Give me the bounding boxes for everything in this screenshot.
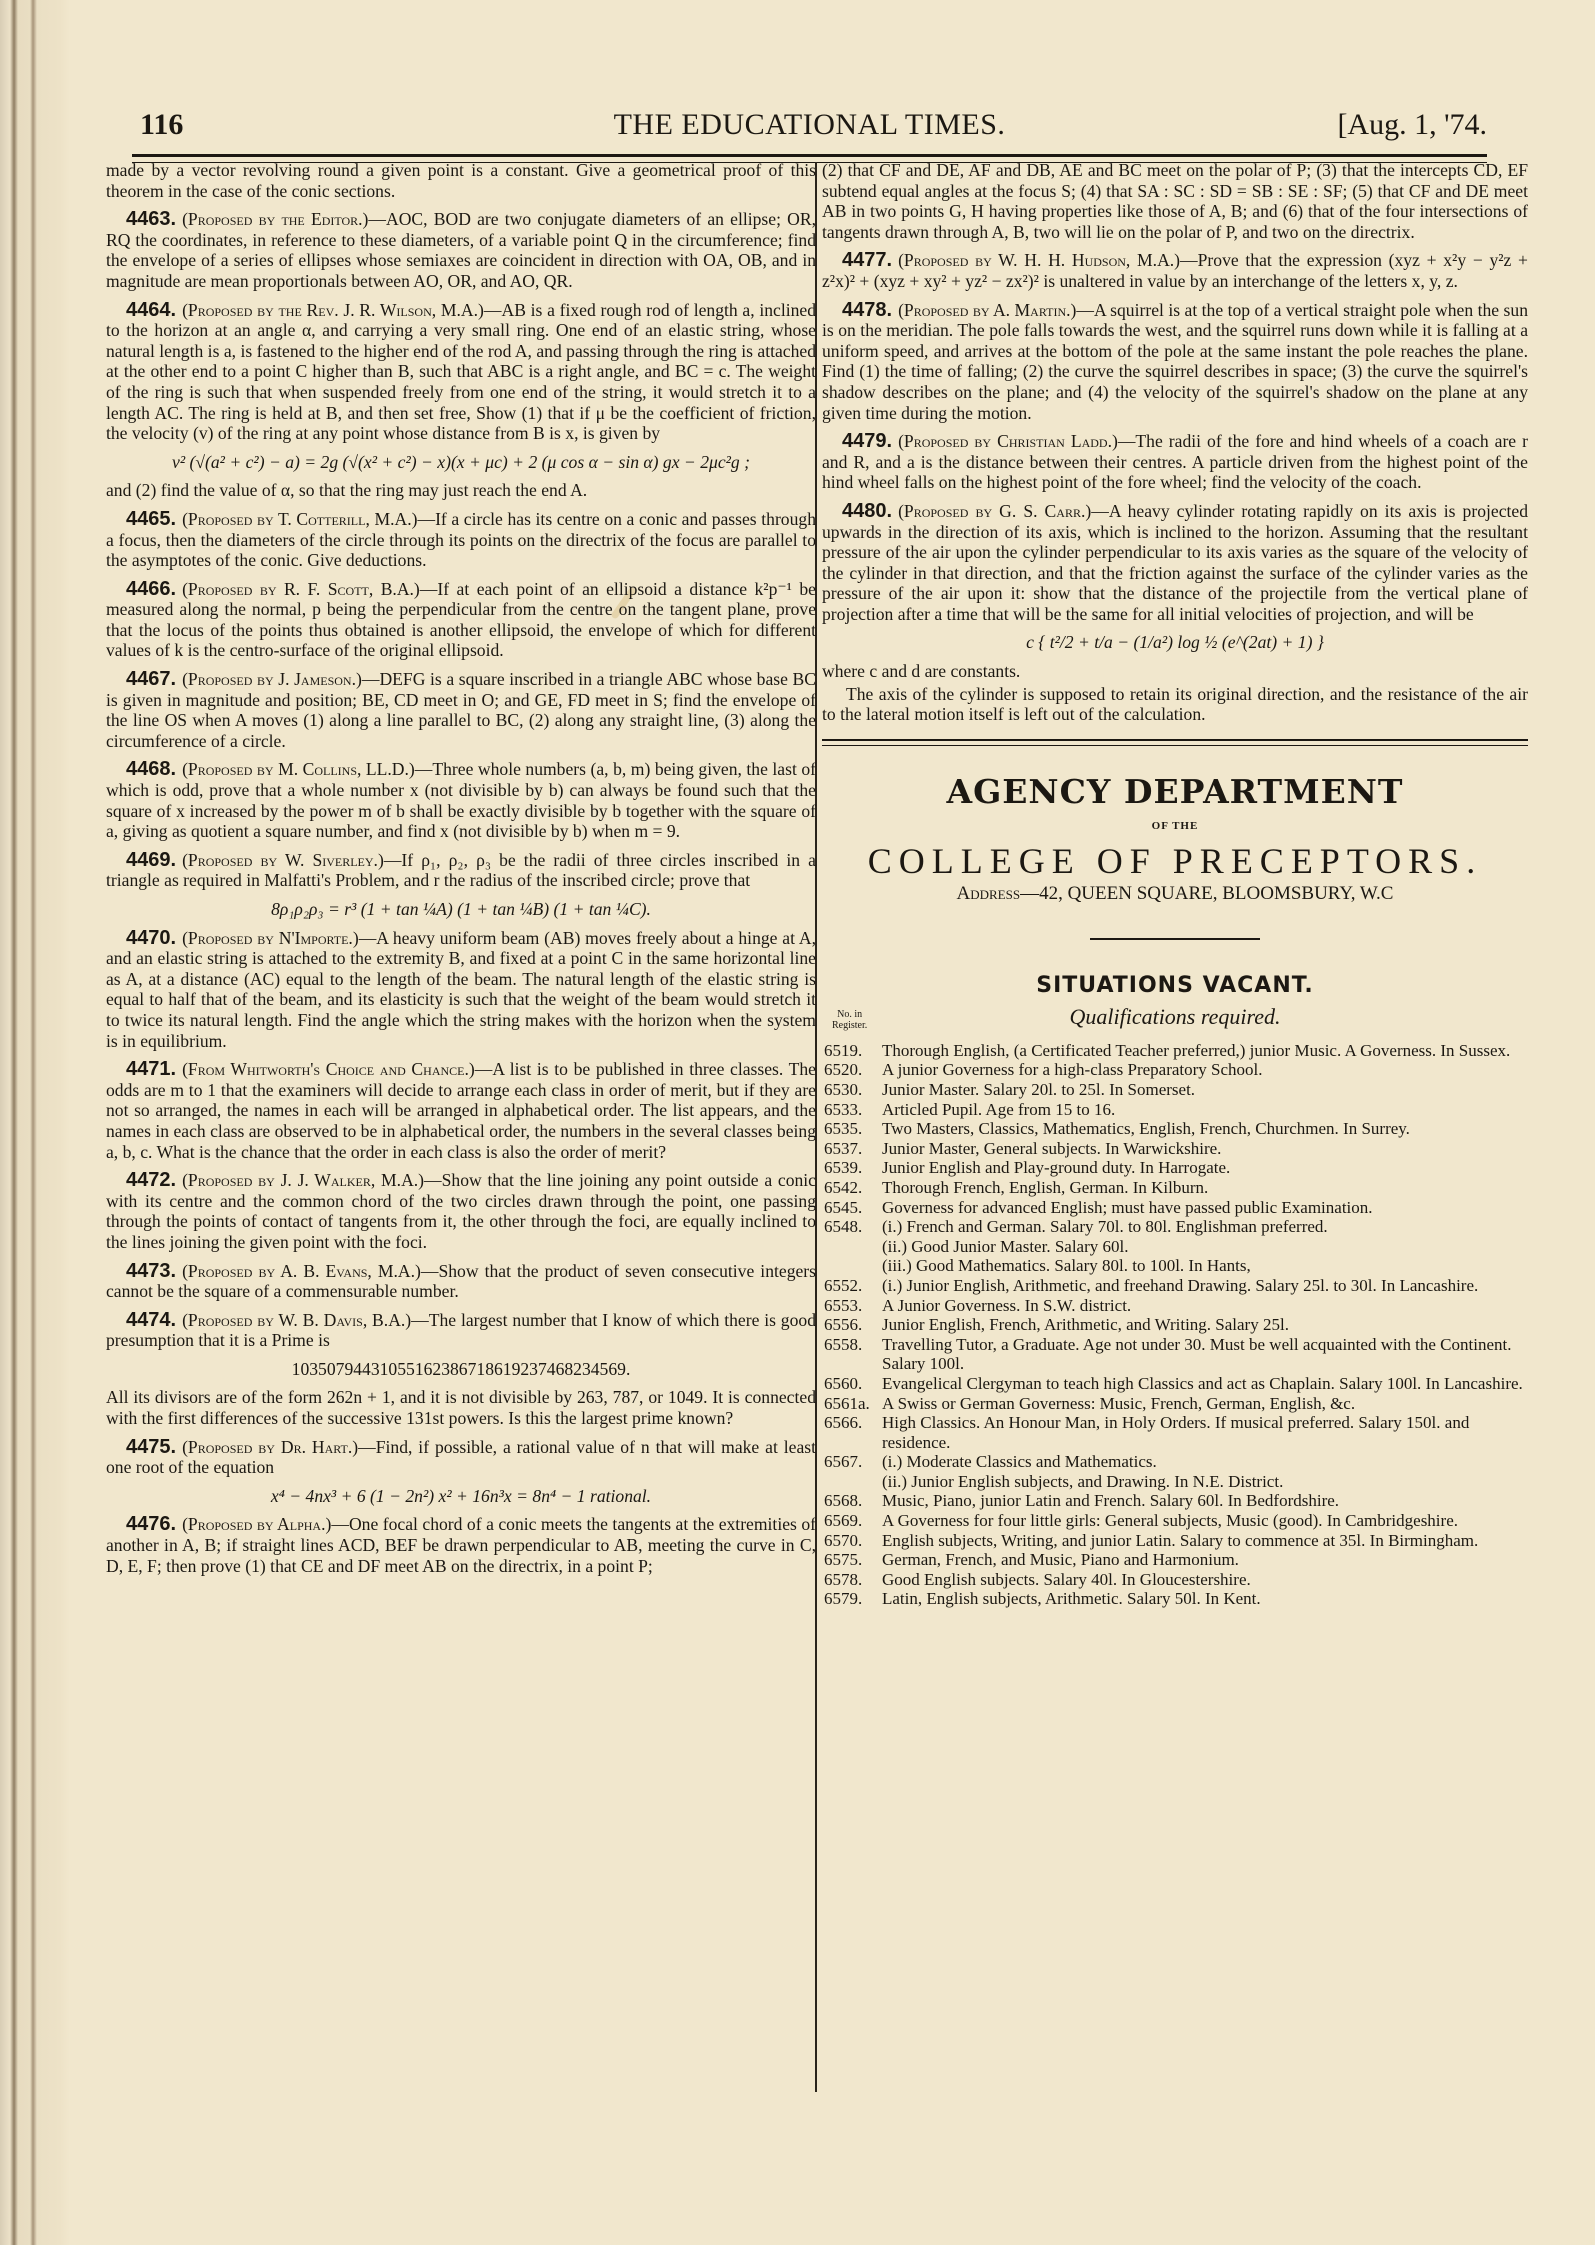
right-column: (2) that CF and DE, AF and DB, AE and BC… [822,160,1528,1609]
problem-number: 4473. [126,1260,176,1282]
short-rule [1090,938,1260,940]
vacancy-row: 6560.Evangelical Clergyman to teach high… [822,1374,1528,1394]
problem-4463: 4463.(Proposed by the Editor.)—AOC, BOD … [106,209,816,291]
vacancy-row: 6553.A Junior Governess. In S.W. distric… [822,1296,1528,1316]
vacancy-text: A Swiss or German Governess: Music, Fren… [882,1394,1528,1414]
vacancy-text: (i.) Moderate Classics and Mathematics.(… [882,1452,1528,1491]
vacancy-text: High Classics. An Honour Man, in Holy Or… [882,1413,1528,1452]
register-number: 6519. [822,1041,882,1061]
vacancy-subitem: (iii.) Good Mathematics. Salary 80l. to … [882,1256,1528,1276]
problem-proposer: (Proposed by G. S. Carr.) [898,501,1091,521]
vacancy-row: 6561a.A Swiss or German Governess: Music… [822,1394,1528,1414]
vacancy-text: A Governess for four little girls: Gener… [882,1511,1528,1531]
register-number: 6560. [822,1374,882,1394]
register-number: 6537. [822,1139,882,1159]
problem-4471: 4471.(From Whitworth's Choice and Chance… [106,1059,816,1162]
problem-number: 4476. [126,1513,176,1535]
vacancy-text: German, French, and Music, Piano and Har… [882,1550,1528,1570]
vacancy-subitem: (ii.) Junior English subjects, and Drawi… [882,1472,1528,1492]
vacancy-text: Junior Master. Salary 20l. to 25l. In So… [882,1080,1528,1100]
formula: v² (√(a² + c²) − a) = 2g (√(x² + c²) − x… [106,452,816,473]
problem-4479: 4479.(Proposed by Christian Ladd.)—The r… [822,431,1528,493]
vacancy-text: Evangelical Clergyman to teach high Clas… [882,1374,1528,1394]
register-number: 6556. [822,1315,882,1335]
problem-4466: 4466.(Proposed by R. F. Scott, B.A.)—If … [106,579,816,661]
problem-4476: 4476.(Proposed by Alpha.)—One focal chor… [106,1514,816,1576]
vacancy-row: 6530.Junior Master. Salary 20l. to 25l. … [822,1080,1528,1100]
vacancy-text: Travelling Tutor, a Graduate. Age not un… [882,1335,1528,1374]
issue-date: [Aug. 1, '74. [1337,108,1487,142]
vacancy-row: 6578.Good English subjects. Salary 40l. … [822,1570,1528,1590]
register-number: 6548. [822,1217,882,1276]
vacancy-row: 6556.Junior English, French, Arithmetic,… [822,1315,1528,1335]
problem-proposer: (Proposed by M. Collins, LL.D.) [182,759,415,779]
vacancy-text: Good English subjects. Salary 40l. In Gl… [882,1570,1528,1590]
problem-number: 4477. [842,249,892,271]
problem-proposer: (Proposed by J. J. Walker, M.A.) [182,1170,424,1190]
vacancy-row: 6548.(i.) French and German. Salary 70l.… [822,1217,1528,1276]
section-rule [822,739,1528,746]
problem-proposer: (Proposed by A. Martin.) [898,300,1076,320]
vacancy-row: 6545.Governess for advanced English; mus… [822,1198,1528,1218]
problem-continuation: and (2) find the value of α, so that the… [106,480,816,501]
vacancy-text: English subjects, Writing, and junior La… [882,1531,1528,1551]
formula: x⁴ − 4nx³ + 6 (1 − 2n²) x² + 16n³x = 8n⁴… [106,1486,816,1507]
problem-4469: 4469.(Proposed by W. Siverley.)—If ρ₁, ρ… [106,850,816,891]
problem-number: 4468. [126,758,176,780]
register-number: 6530. [822,1080,882,1100]
problem-proposer: (Proposed by W. H. H. Hudson, M.A.) [898,250,1180,270]
prime-number: 10350794431055162386718619237468234569. [106,1359,816,1380]
problem-proposer: (Proposed by the Rev. J. R. Wilson, M.A.… [182,300,484,320]
vacancy-row: 6570.English subjects, Writing, and juni… [822,1531,1528,1551]
register-number: 6553. [822,1296,882,1316]
agency-of-the: OF THE [822,816,1528,837]
register-number: 6533. [822,1100,882,1120]
vacancy-row: 6566.High Classics. An Honour Man, in Ho… [822,1413,1528,1452]
carryover-text: (2) that CF and DE, AF and DB, AE and BC… [822,160,1528,242]
problem-4473: 4473.(Proposed by A. B. Evans, M.A.)—Sho… [106,1261,816,1302]
problem-continuation: All its divisors are of the form 262n + … [106,1387,816,1428]
vacancy-text: Music, Piano, junior Latin and French. S… [882,1491,1528,1511]
qualifications-label: Qualifications required. [822,1007,1528,1028]
vacancy-text: A Junior Governess. In S.W. district. [882,1296,1528,1316]
problem-number: 4471. [126,1058,176,1080]
vacancy-text: Articled Pupil. Age from 15 to 16. [882,1100,1528,1120]
vacancy-text: (i.) Junior English, Arithmetic, and fre… [882,1276,1528,1296]
vacancy-row: 6552.(i.) Junior English, Arithmetic, an… [822,1276,1528,1296]
problem-4464: 4464.(Proposed by the Rev. J. R. Wilson,… [106,300,816,444]
vacancy-text: Junior English, French, Arithmetic, and … [882,1315,1528,1335]
register-number: 6558. [822,1335,882,1374]
problem-number: 4463. [126,208,176,230]
problem-4472: 4472.(Proposed by J. J. Walker, M.A.)—Sh… [106,1170,816,1252]
problem-4474: 4474.(Proposed by W. B. Davis, B.A.)—The… [106,1310,816,1351]
register-number: 6575. [822,1550,882,1570]
problem-number: 4478. [842,299,892,321]
register-number: 6569. [822,1511,882,1531]
vacancy-text: Thorough French, English, German. In Kil… [882,1178,1528,1198]
vacancy-row: 6520.A junior Governess for a high-class… [822,1060,1528,1080]
vacancy-row: 6579.Latin, English subjects, Arithmetic… [822,1589,1528,1609]
agency-title: AGENCY DEPARTMENT [822,782,1528,803]
vacancy-row: 6568.Music, Piano, junior Latin and Fren… [822,1491,1528,1511]
problem-number: 4464. [126,299,176,321]
problem-number: 4469. [126,849,176,871]
vacancy-text: Latin, English subjects, Arithmetic. Sal… [882,1589,1528,1609]
problem-number: 4474. [126,1309,176,1331]
register-number: 6520. [822,1060,882,1080]
vacancy-row: 6575.German, French, and Music, Piano an… [822,1550,1528,1570]
problem-4467: 4467.(Proposed by J. Jameson.)—DEFG is a… [106,669,816,751]
register-number: 6539. [822,1158,882,1178]
problem-text: —AB is a fixed rough rod of length a, in… [106,300,816,444]
problem-proposer: (Proposed by J. Jameson.) [182,669,362,689]
vacancy-row: 6558.Travelling Tutor, a Graduate. Age n… [822,1335,1528,1374]
vacancy-row: 6569.A Governess for four little girls: … [822,1511,1528,1531]
register-number: 6579. [822,1589,882,1609]
register-number: 6535. [822,1119,882,1139]
vacancy-text: Junior English and Play-ground duty. In … [882,1158,1528,1178]
vacancy-row: 6519.Thorough English, (a Certificated T… [822,1041,1528,1061]
carryover-text: made by a vector revolving round a given… [106,160,816,201]
problem-proposer: (Proposed by W. Siverley.) [182,850,384,870]
problem-continuation: where c and d are constants. [822,661,1528,682]
vacancy-row: 6567.(i.) Moderate Classics and Mathemat… [822,1452,1528,1491]
problem-number: 4479. [842,430,892,452]
vacancy-row: 6533.Articled Pupil. Age from 15 to 16. [822,1100,1528,1120]
problem-number: 4466. [126,578,176,600]
vacancy-row: 6539.Junior English and Play-ground duty… [822,1158,1528,1178]
problem-proposer: (Proposed by A. B. Evans, M.A.) [182,1261,421,1281]
problem-proposer: (Proposed by R. F. Scott, B.A.) [182,579,420,599]
vacancy-subitem: (ii.) Good Junior Master. Salary 60l. [882,1237,1528,1257]
vacancy-row: 6542.Thorough French, English, German. I… [822,1178,1528,1198]
problem-proposer: (Proposed by Dr. Hart.) [182,1437,358,1457]
formula: 8ρ₁ρ₂ρ₃ = r³ (1 + tan ¼A) (1 + tan ¼B) (… [106,899,816,920]
vacancy-row: 6535.Two Masters, Classics, Mathematics,… [822,1119,1528,1139]
problem-4470: 4470.(Proposed by N'Importe.)—A heavy un… [106,928,816,1052]
problem-proposer: (Proposed by T. Cotterill, M.A.) [182,509,417,529]
left-column: made by a vector revolving round a given… [106,160,816,1584]
register-number: 6567. [822,1452,882,1491]
situations-vacant-title: SITUATIONS VACANT. [822,976,1528,997]
register-number: 6552. [822,1276,882,1296]
masthead-title: THE EDUCATIONAL TIMES. [132,108,1487,142]
vacancy-text: Thorough English, (a Certificated Teache… [882,1041,1528,1061]
problem-number: 4475. [126,1436,176,1458]
situations-header: No. in Register. Qualifications required… [822,1007,1528,1041]
register-number: 6568. [822,1491,882,1511]
problem-4468: 4468.(Proposed by M. Collins, LL.D.)—Thr… [106,759,816,841]
problem-number: 4480. [842,500,892,522]
formula: c { t²/2 + t/a − (1/a²) log ½ (e^(2at) +… [822,632,1528,653]
problem-number: 4472. [126,1169,176,1191]
register-number: 6570. [822,1531,882,1551]
problem-proposer: (Proposed by the Editor.) [182,209,368,229]
agency-college: COLLEGE OF PRECEPTORS. [822,851,1528,872]
vacancy-row: 6537.Junior Master, General subjects. In… [822,1139,1528,1159]
vacancy-text: (i.) French and German. Salary 70l. to 8… [882,1217,1528,1276]
register-number: 6578. [822,1570,882,1590]
register-number: 6545. [822,1198,882,1218]
problem-proposer: (Proposed by N'Importe.) [182,928,359,948]
problem-4477: 4477.(Proposed by W. H. H. Hudson, M.A.)… [822,250,1528,291]
problem-continuation: The axis of the cylinder is supposed to … [822,684,1528,725]
problem-number: 4470. [126,927,176,949]
problem-4465: 4465.(Proposed by T. Cotterill, M.A.)—If… [106,509,816,571]
problem-4480: 4480.(Proposed by G. S. Carr.)—A heavy c… [822,501,1528,625]
problem-4475: 4475.(Proposed by Dr. Hart.)—Find, if po… [106,1437,816,1478]
page-header: 116 THE EDUCATIONAL TIMES. [Aug. 1, '74. [132,108,1487,148]
register-number: 6566. [822,1413,882,1452]
problem-proposer: (From Whitworth's Choice and Chance.) [182,1059,475,1079]
problem-number: 4467. [126,668,176,690]
book-binding-edge [0,0,70,2245]
problem-number: 4465. [126,508,176,530]
problem-proposer: (Proposed by W. B. Davis, B.A.) [182,1310,411,1330]
vacancy-list: 6519.Thorough English, (a Certificated T… [822,1041,1528,1609]
register-number: 6542. [822,1178,882,1198]
vacancy-text: Two Masters, Classics, Mathematics, Engl… [882,1119,1528,1139]
register-number: 6561a. [822,1394,882,1414]
problem-4478: 4478.(Proposed by A. Martin.)—A squirrel… [822,300,1528,424]
vacancy-text: Junior Master, General subjects. In Warw… [882,1139,1528,1159]
agency-address: Address—42, QUEEN SQUARE, BLOOMSBURY, W.… [822,884,1528,905]
vacancy-text: A junior Governess for a high-class Prep… [882,1060,1528,1080]
problem-proposer: (Proposed by Alpha.) [182,1514,331,1534]
vacancy-text: Governess for advanced English; must hav… [882,1198,1528,1218]
problem-proposer: (Proposed by Christian Ladd.) [898,431,1118,451]
